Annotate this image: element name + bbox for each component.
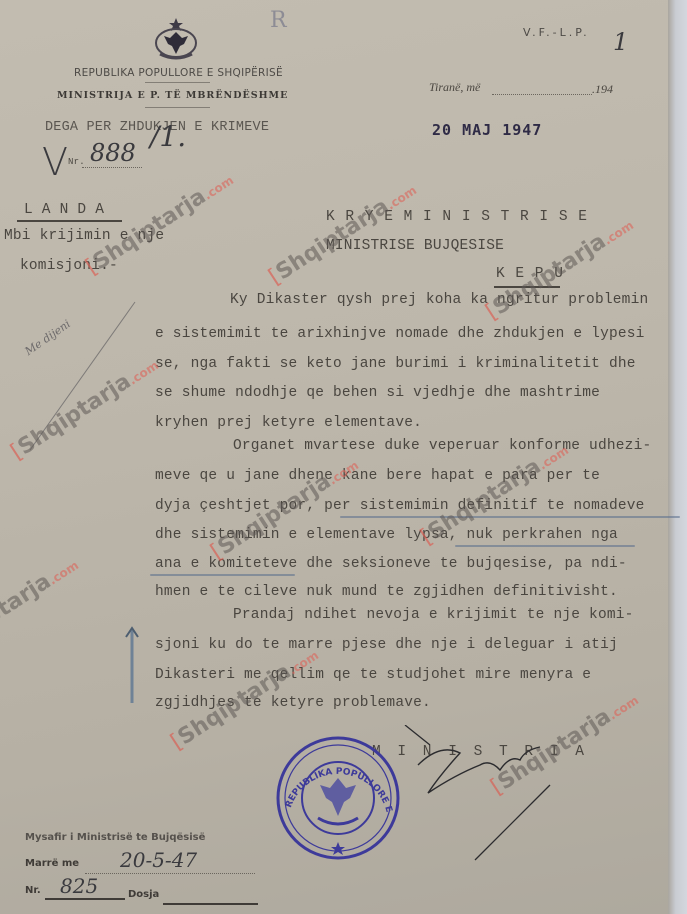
emblem-icon [150,16,202,62]
official-seal: REPUBLIKA POPULLORE E SHQIPËRISË [268,730,408,862]
pencil-line [0,300,140,460]
page-edge [668,0,687,914]
pen-underline [455,545,635,547]
body-line: dhe sistemimin e elementave lypsa, nuk p… [155,527,618,543]
up-arrow-icon [124,625,140,705]
body-line: Ky Dikaster qysh prej koha ka ngritur pr… [230,292,648,308]
number-line [82,167,142,168]
received-line [85,873,255,874]
addressee-line-3: K E P U [496,266,564,282]
subject-underline [17,220,122,222]
body-line: e sistemimit te arixhinjve nomade dhe zh… [155,326,645,342]
number-label: Nr. [25,885,41,896]
divider [145,82,210,83]
received-date: 20-5-47 [120,848,197,872]
reference-number: 888 [90,139,136,167]
body-line: ana e komiteteve dhe seksioneve te bujqe… [155,556,627,572]
body-line: se, nga fakti se keto jane burimi i krim… [155,356,636,372]
body-line: sjoni ku do te marre pjese dhe nje i del… [155,637,618,653]
handwritten-signature [400,725,600,865]
body-line: se shume ndodhje qe behen si vjedhje dhe… [155,385,600,401]
addressee-line-2: MINISTRISE BUJQESISE [326,238,504,254]
addressee-line-1: K R Y E M I N I S T R I S E [326,209,588,225]
receipt-number: 825 [60,874,98,898]
pen-underline [150,574,295,576]
body-line: hmen e te cileve nuk mund te zgjidhen de… [155,584,618,600]
file-line [163,903,258,905]
body-line: Organet mvartese duke veperuar konforme … [233,438,651,454]
file-label: Dosja [128,889,159,900]
receipt-stamp-header: Mysafir i Ministrisë te Bujqësisë [25,832,205,843]
addressee-underline [494,286,560,288]
date-line [492,94,592,95]
printed-year: .194 [592,82,613,97]
body-line: Dikasteri me qellim qe te studjohet mire… [155,667,591,683]
subject-line-1: Mbi krijimin e nje [4,228,164,244]
reference-code: V.F.-L.P. [523,26,590,39]
republic-name: REPUBLIKA POPULLORE E SHQIPËRISË [74,67,283,79]
ministry-name: MINISTRIJA E P. TË MBRËNDËSHME [57,90,288,101]
body-line: dyja çeshtjet por, per sistemimin defini… [155,498,645,514]
subject-line-2: komisjoni.- [20,258,118,274]
stamped-date: 20 MAJ 1947 [432,121,542,139]
number-prefix: Nr. [68,157,85,167]
pen-underline [340,516,680,518]
reference-suffix: /1. [150,120,186,153]
number-line [45,898,125,900]
divider [145,107,210,108]
body-line: meve qe u jane dhene kane bere hapat e p… [155,468,600,484]
body-line: zgjidhjes te ketyre problemave. [155,695,431,711]
body-line: kryhen prej ketyre elementave. [155,415,422,431]
received-label: Marrë me [25,858,79,869]
page-number: 1 [613,28,628,56]
check-mark: V [42,140,68,184]
place-label: Tiranë, më [429,80,480,95]
subject-label: L A N D A [24,202,104,218]
body-line: Prandaj ndihet nevoja e krijimit te nje … [233,607,634,623]
corner-mark: R [270,8,287,33]
